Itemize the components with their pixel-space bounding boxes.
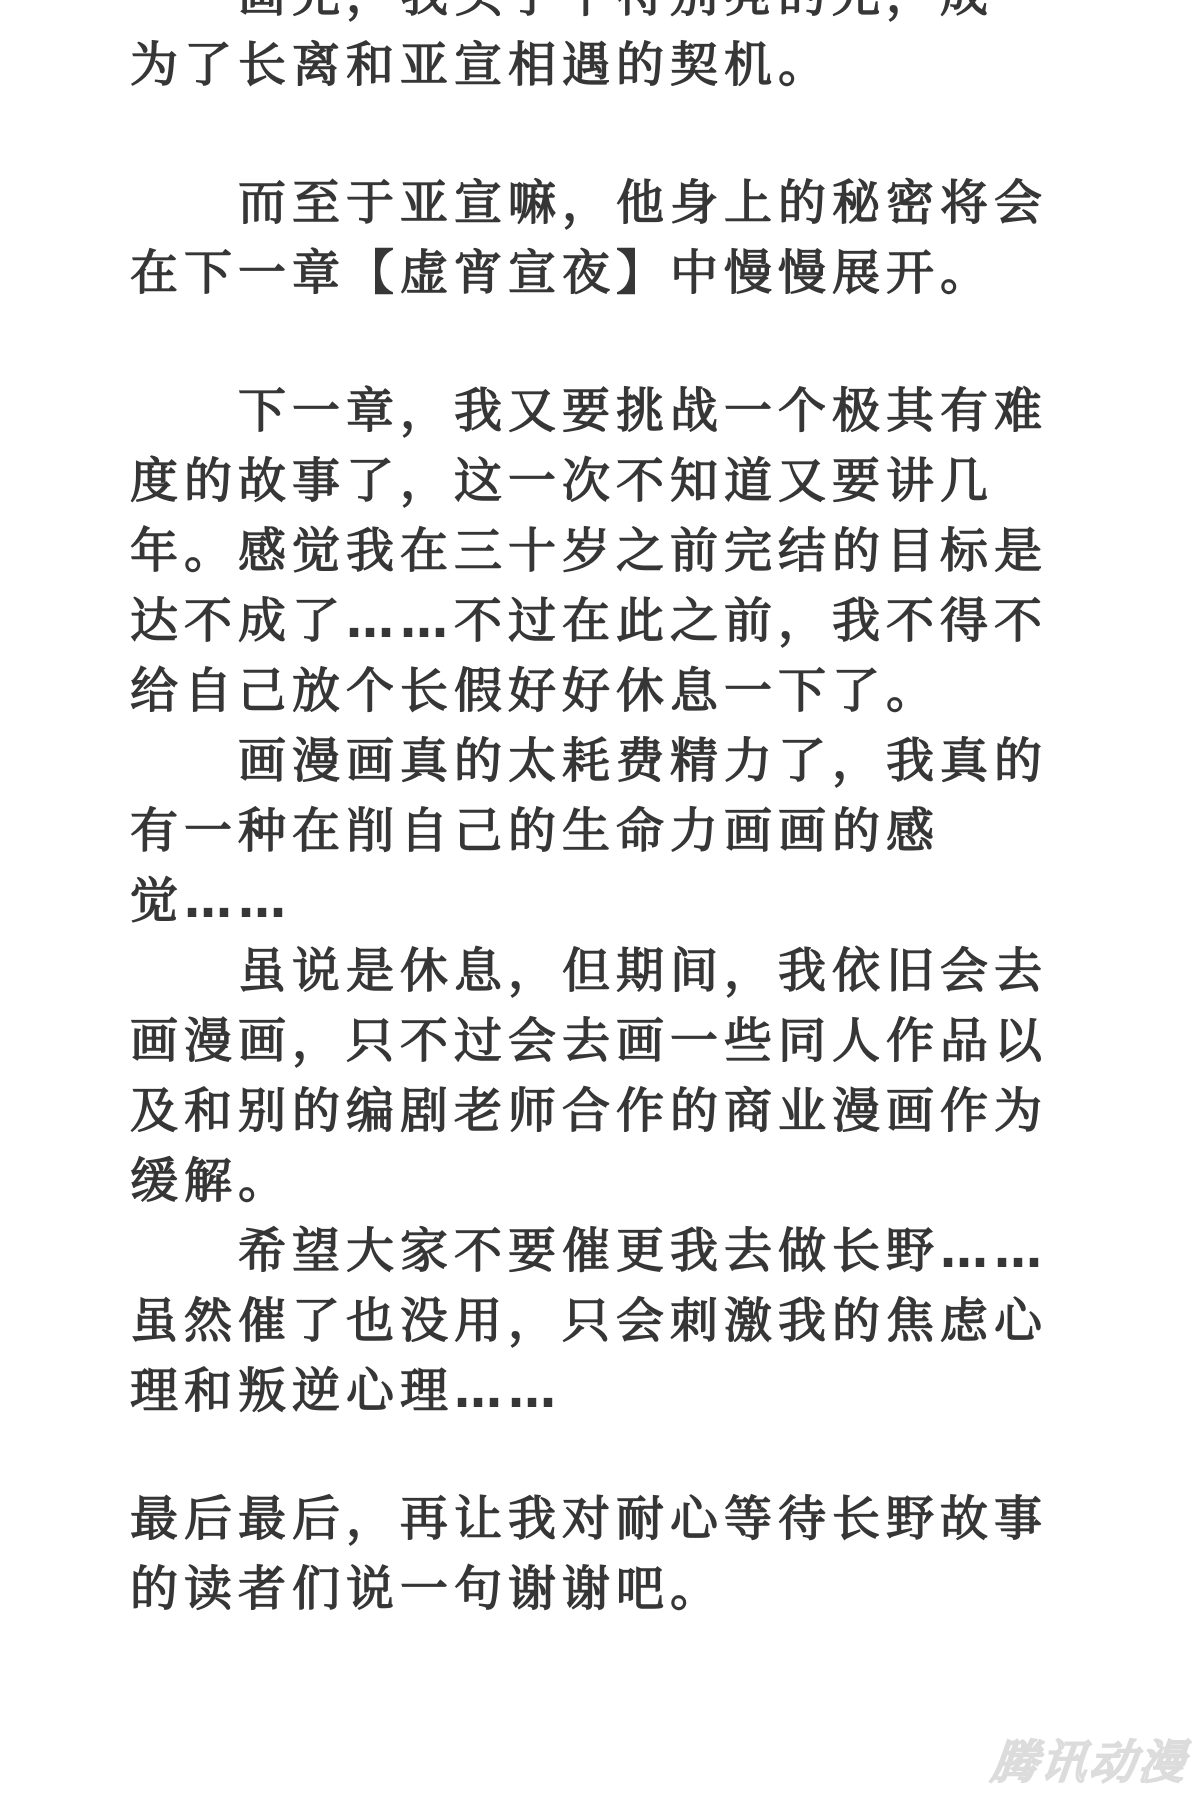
text-line: 虽然催了也没用，只会刺激我的焦虑心 [130,1286,1160,1356]
text-block: 画完，我买了个特别亮的光，成为了长离和亚宣相遇的契机。而至于亚宣嘛，他身上的秘密… [130,0,1160,1624]
text-line: 而至于亚宣嘛，他身上的秘密将会 [130,168,1160,238]
para-next-chapter: 下一章，我又要挑战一个极其有难度的故事了，这一次不知道又要讲几年。感觉我在三十岁… [130,376,1160,726]
text-line: 及和别的编剧老师合作的商业漫画作为 [130,1076,1160,1146]
text-line: 度的故事了，这一次不知道又要讲几 [130,446,1160,516]
text-line: 有一种在削自己的生命力画画的感 [130,796,1160,866]
text-line: 年。感觉我在三十岁之前完结的目标是 [130,516,1160,586]
text-line: 的读者们说一句谢谢吧。 [130,1554,1160,1624]
text-line: 在下一章【虚宵宣夜】中慢慢展开。 [130,238,1160,308]
text-line: 为了长离和亚宣相遇的契机。 [130,30,1160,100]
text-line: 最后最后，再让我对耐心等待长野故事 [130,1484,1160,1554]
text-line: 希望大家不要催更我去做长野…… [130,1216,1160,1286]
para-yaxuan-secret: 而至于亚宣嘛，他身上的秘密将会在下一章【虚宵宣夜】中慢慢展开。 [130,168,1160,308]
text-line: 达不成了……不过在此之前，我不得不 [130,586,1160,656]
para-rest-plans: 虽说是休息，但期间，我依旧会去画漫画，只不过会去画一些同人作品以及和别的编剧老师… [130,936,1160,1216]
text-line: 下一章，我又要挑战一个极其有难 [130,376,1160,446]
text-line: 画完，我买了个特别亮的光，成 [130,0,1160,30]
para-energy-cost: 画漫画真的太耗费精力了，我真的有一种在削自己的生命力画画的感觉…… [130,726,1160,936]
text-line: 给自己放个长假好好休息一下了。 [130,656,1160,726]
text-line: 画漫画，只不过会去画一些同人作品以 [130,1006,1160,1076]
tencent-comics-watermark: 腾讯动漫 [989,1726,1192,1792]
text-line: 缓解。 [130,1146,1160,1216]
para-no-rush: 希望大家不要催更我去做长野……虽然催了也没用，只会刺激我的焦虑心理和叛逆心理…… [130,1216,1160,1426]
text-line: 觉…… [130,866,1160,936]
para-intro-clipped: 画完，我买了个特别亮的光，成为了长离和亚宣相遇的契机。 [130,0,1160,100]
para-thanks: 最后最后，再让我对耐心等待长野故事的读者们说一句谢谢吧。 [130,1484,1160,1624]
text-line: 虽说是休息，但期间，我依旧会去 [130,936,1160,1006]
comic-afterword-page: 画完，我买了个特别亮的光，成为了长离和亚宣相遇的契机。而至于亚宣嘛，他身上的秘密… [0,0,1200,1802]
text-line: 画漫画真的太耗费精力了，我真的 [130,726,1160,796]
text-line: 理和叛逆心理…… [130,1356,1160,1426]
